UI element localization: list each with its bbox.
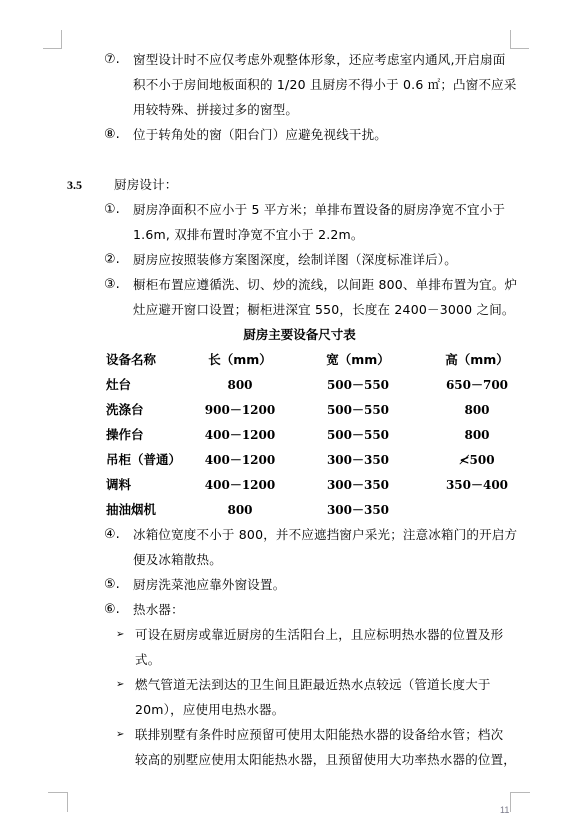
cell-height: 800 — [432, 427, 522, 443]
crop-mark-bottom-right — [510, 792, 530, 812]
cell-length: 400－1200 — [195, 427, 285, 443]
cell-length: 800 — [195, 377, 285, 393]
item-3-line-1: 橱柜布置应遵循洗、切、炒的流线，以间距 800、单排布置为宜。炉 — [133, 277, 517, 293]
arrow-bullet-icon: ➢ — [116, 727, 124, 743]
arrow-bullet-icon: ➢ — [116, 627, 124, 643]
item-1-line-2: 1.6m, 双排布置时净宽不宜小于 2.2m。 — [133, 227, 364, 243]
bullet-2-line-1: 燃气管道无法到达的卫生间且距最近热水点较远（管道长度大于 — [135, 677, 491, 693]
item-4-line-2: 便及冰箱散热。 — [133, 552, 222, 568]
cell-height: 650－700 — [432, 377, 522, 393]
cell-height: 800 — [432, 402, 522, 418]
header-height: 高（mm） — [432, 352, 522, 368]
list-marker-3: ③. — [104, 277, 126, 293]
item-7-line-3: 用较特殊、拼接过多的窗型。 — [133, 102, 298, 118]
item-4-line-1: 冰箱位宽度不小于 800，并不应遮挡窗户采光；注意冰箱门的开启方 — [133, 527, 517, 543]
table-row: 调料 400－1200 300－350 350－400 — [0, 477, 579, 493]
item-5-line-1: 厨房洗菜池应靠外窗设置。 — [133, 577, 285, 593]
list-marker-6: ⑥. — [104, 602, 126, 618]
arrow-bullet-icon: ➢ — [116, 677, 124, 693]
cell-length: 400－1200 — [195, 452, 285, 468]
list-marker-2: ②. — [104, 252, 126, 268]
table-row: 灶台 800 500－550 650－700 — [0, 377, 579, 393]
page-number: 11 — [500, 805, 509, 815]
cell-name: 吊柜（普通） — [106, 452, 181, 468]
bullet-3-line-2: 较高的别墅应使用太阳能热水器，且预留使用大功率热水器的位置， — [135, 752, 516, 768]
cell-height: 350－400 — [432, 477, 522, 493]
header-name: 设备名称 — [106, 352, 156, 368]
section-title: 厨房设计： — [114, 177, 178, 193]
item-7-line-1: 窗型设计时不应仅考虑外观整体形象，还应考虑室内通风,开启扇面 — [133, 52, 505, 68]
cell-name: 洗涤台 — [106, 402, 144, 418]
crop-mark-top-left — [43, 30, 62, 49]
item-3-line-2: 灶应避开窗口设置；橱柜进深宜 550，长度在 2400－3000 之间。 — [133, 302, 515, 318]
bullet-2-line-2: 20m），应使用电热水器。 — [135, 702, 284, 718]
item-1-line-1: 厨房净面积不应小于 5 平方米；单排布置设备的厨房净宽不宜小于 — [133, 202, 505, 218]
crop-mark-top-right — [510, 30, 529, 49]
table-row: 吊柜（普通） 400－1200 300－350 ≮500 — [0, 452, 579, 468]
cell-name: 抽油烟机 — [106, 502, 156, 518]
cell-height: ≮500 — [432, 452, 522, 468]
cell-length: 900－1200 — [195, 402, 285, 418]
table-title: 厨房主要设备尺寸表 — [0, 327, 579, 343]
list-marker-8: ⑧. — [104, 127, 126, 143]
cell-name: 灶台 — [106, 377, 131, 393]
table-row: 抽油烟机 800 300－350 — [0, 502, 579, 518]
item-8-line-1: 位于转角处的窗（阳台门）应避免视线干扰。 — [133, 127, 387, 143]
list-marker-5: ⑤. — [104, 577, 126, 593]
document-page: ⑦. 窗型设计时不应仅考虑外观整体形象，还应考虑室内通风,开启扇面 积不小于房间… — [0, 0, 579, 829]
cell-width: 300－350 — [313, 477, 403, 493]
bullet-1-line-2: 式。 — [135, 652, 160, 668]
cell-width: 300－350 — [313, 452, 403, 468]
item-2-line-1: 厨房应按照装修方案图深度，绘制详图（深度标准详后）。 — [133, 252, 457, 268]
list-marker-7: ⑦. — [104, 52, 126, 68]
bullet-3-line-1: 联排别墅有条件时应预留可使用太阳能热水器的设备给水管；档次 — [135, 727, 503, 743]
item-7-line-2: 积不小于房间地板面积的 1/20 且厨房不得小于 0.6 ㎡；凸窗不应采 — [133, 77, 517, 93]
crop-mark-bottom-left — [48, 792, 68, 812]
cell-name: 调料 — [106, 477, 131, 493]
table-row: 操作台 400－1200 500－550 800 — [0, 427, 579, 443]
header-length: 长（mm） — [195, 352, 285, 368]
cell-width: 500－550 — [313, 377, 403, 393]
table-row: 洗涤台 900－1200 500－550 800 — [0, 402, 579, 418]
cell-length: 800 — [195, 502, 285, 518]
list-marker-4: ④. — [104, 527, 126, 543]
item-6-line-1: 热水器： — [133, 602, 184, 618]
list-marker-1: ①. — [104, 202, 126, 218]
bullet-1-line-1: 可设在厨房或靠近厨房的生活阳台上，且应标明热水器的位置及形 — [135, 627, 503, 643]
cell-width: 500－550 — [313, 402, 403, 418]
cell-length: 400－1200 — [195, 477, 285, 493]
table-header-row: 设备名称 长（mm） 宽（mm） 高（mm） — [0, 352, 579, 368]
section-number: 3.5 — [67, 177, 82, 193]
cell-width: 500－550 — [313, 427, 403, 443]
cell-name: 操作台 — [106, 427, 144, 443]
header-width: 宽（mm） — [313, 352, 403, 368]
cell-width: 300－350 — [313, 502, 403, 518]
